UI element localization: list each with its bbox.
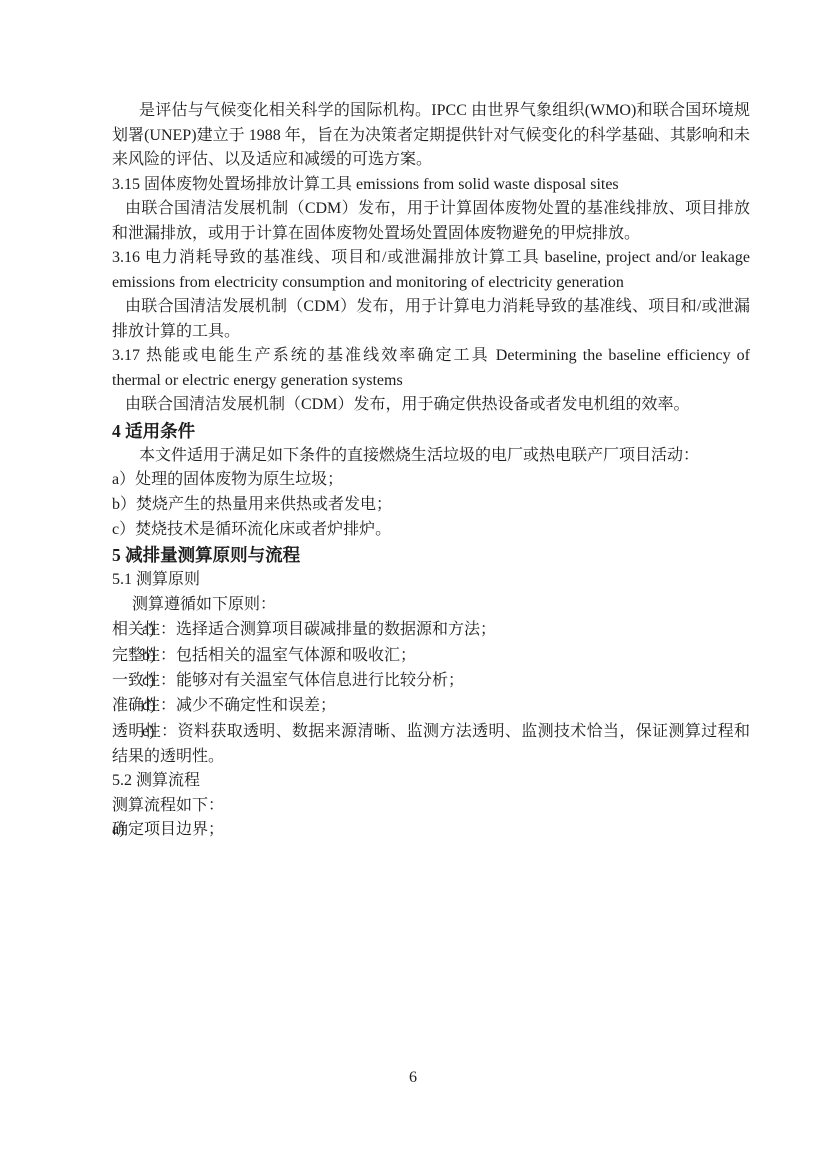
term-3-16-title: 3.16 电力消耗导致的基准线、项目和/或泄漏排放计算工具 baseline, … (112, 246, 750, 295)
term-3-17-definition: 由联合国清洁发展机制（CDM）发布，用于确定供热设备或者发电机组的效率。 (112, 393, 750, 418)
intro-paragraph: 是评估与气候变化相关科学的国际机构。IPCC 由世界气象组织(WMO)和联合国环… (112, 99, 750, 173)
principle-item-b: b) 完整性：包括相关的温室气体源和吸收汇； (112, 643, 750, 668)
principle-item-a: a) 相关性：选择适合测算项目碳减排量的数据源和方法； (112, 617, 750, 642)
term-3-17-title: 3.17 热能或电能生产系统的基准线效率确定工具 Determining the… (112, 344, 750, 393)
section-4-heading: 4 适用条件 (112, 418, 750, 444)
principles-list: a) 相关性：选择适合测算项目碳减排量的数据源和方法； b) 完整性：包括相关的… (112, 617, 750, 769)
section-4-item-a: a）处理的固体废物为原生垃圾； (112, 468, 750, 493)
section-5-1-intro: 测算遵循如下原则： (132, 593, 750, 618)
principle-text: 完整性：包括相关的温室气体源和吸收汇； (112, 647, 416, 664)
section-5-1-heading: 5.1 测算原则 (112, 568, 750, 593)
term-3-16-definition: 由联合国清洁发展机制（CDM）发布，用于计算电力消耗导致的基准线、项目和/或泄漏… (112, 295, 750, 344)
page-number: 6 (0, 1066, 826, 1090)
principle-item-d: d) 准确性：减少不确定性和误差； (112, 693, 750, 718)
principle-text: 相关性：选择适合测算项目碳减排量的数据源和方法； (112, 621, 496, 638)
section-5-heading: 5 减排量测算原则与流程 (112, 542, 750, 568)
procedure-text: 确定项目边界； (112, 821, 224, 838)
principle-item-e: e) 透明性：资料获取透明、数据来源清晰、监测方法透明、监测技术恰当，保证测算过… (112, 719, 750, 770)
list-marker: b) (142, 643, 155, 668)
section-5-2-heading: 5.2 测算流程 (112, 769, 750, 794)
list-marker: e) (142, 719, 154, 744)
list-marker: d) (142, 693, 155, 718)
page-content: 是评估与气候变化相关科学的国际机构。IPCC 由世界气象组织(WMO)和联合国环… (112, 99, 750, 843)
section-4-item-b: b）焚烧产生的热量用来供热或者发电； (112, 493, 750, 518)
principle-text: 一致性：能够对有关温室气体信息进行比较分析； (112, 672, 464, 689)
section-4-intro: 本文件适用于满足如下条件的直接燃烧生活垃圾的电厂或热电联产厂项目活动： (112, 444, 750, 469)
section-4-item-c: c）焚烧技术是循环流化床或者炉排炉。 (112, 518, 750, 543)
principle-text: 透明性：资料获取透明、数据来源清晰、监测方法透明、监测技术恰当，保证测算过程和结… (112, 723, 750, 765)
list-marker: a) (142, 617, 154, 642)
procedure-item-a: a) 确定项目边界； (112, 818, 750, 843)
term-3-15-definition: 由联合国清洁发展机制（CDM）发布，用于计算固体废物处置的基准线排放、项目排放和… (112, 197, 750, 246)
list-marker: c) (142, 668, 154, 693)
term-3-15-title: 3.15 固体废物处置场排放计算工具 emissions from solid … (112, 173, 750, 198)
document-page: 是评估与气候变化相关科学的国际机构。IPCC 由世界气象组织(WMO)和联合国环… (0, 0, 826, 1169)
section-5-2-intro: 测算流程如下： (112, 794, 750, 819)
list-marker: a) (112, 818, 124, 843)
principle-item-c: c) 一致性：能够对有关温室气体信息进行比较分析； (112, 668, 750, 693)
